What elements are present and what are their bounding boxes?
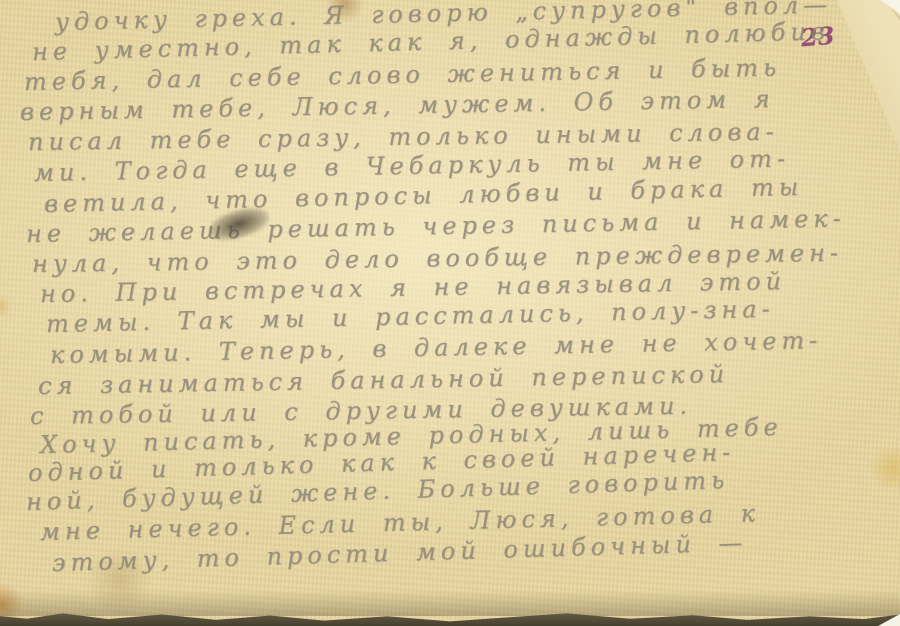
bottom-edge-shadow	[0, 590, 900, 616]
scanned-letter: 23 удочку греха. Я говорю „супругов" впо…	[0, 0, 900, 626]
